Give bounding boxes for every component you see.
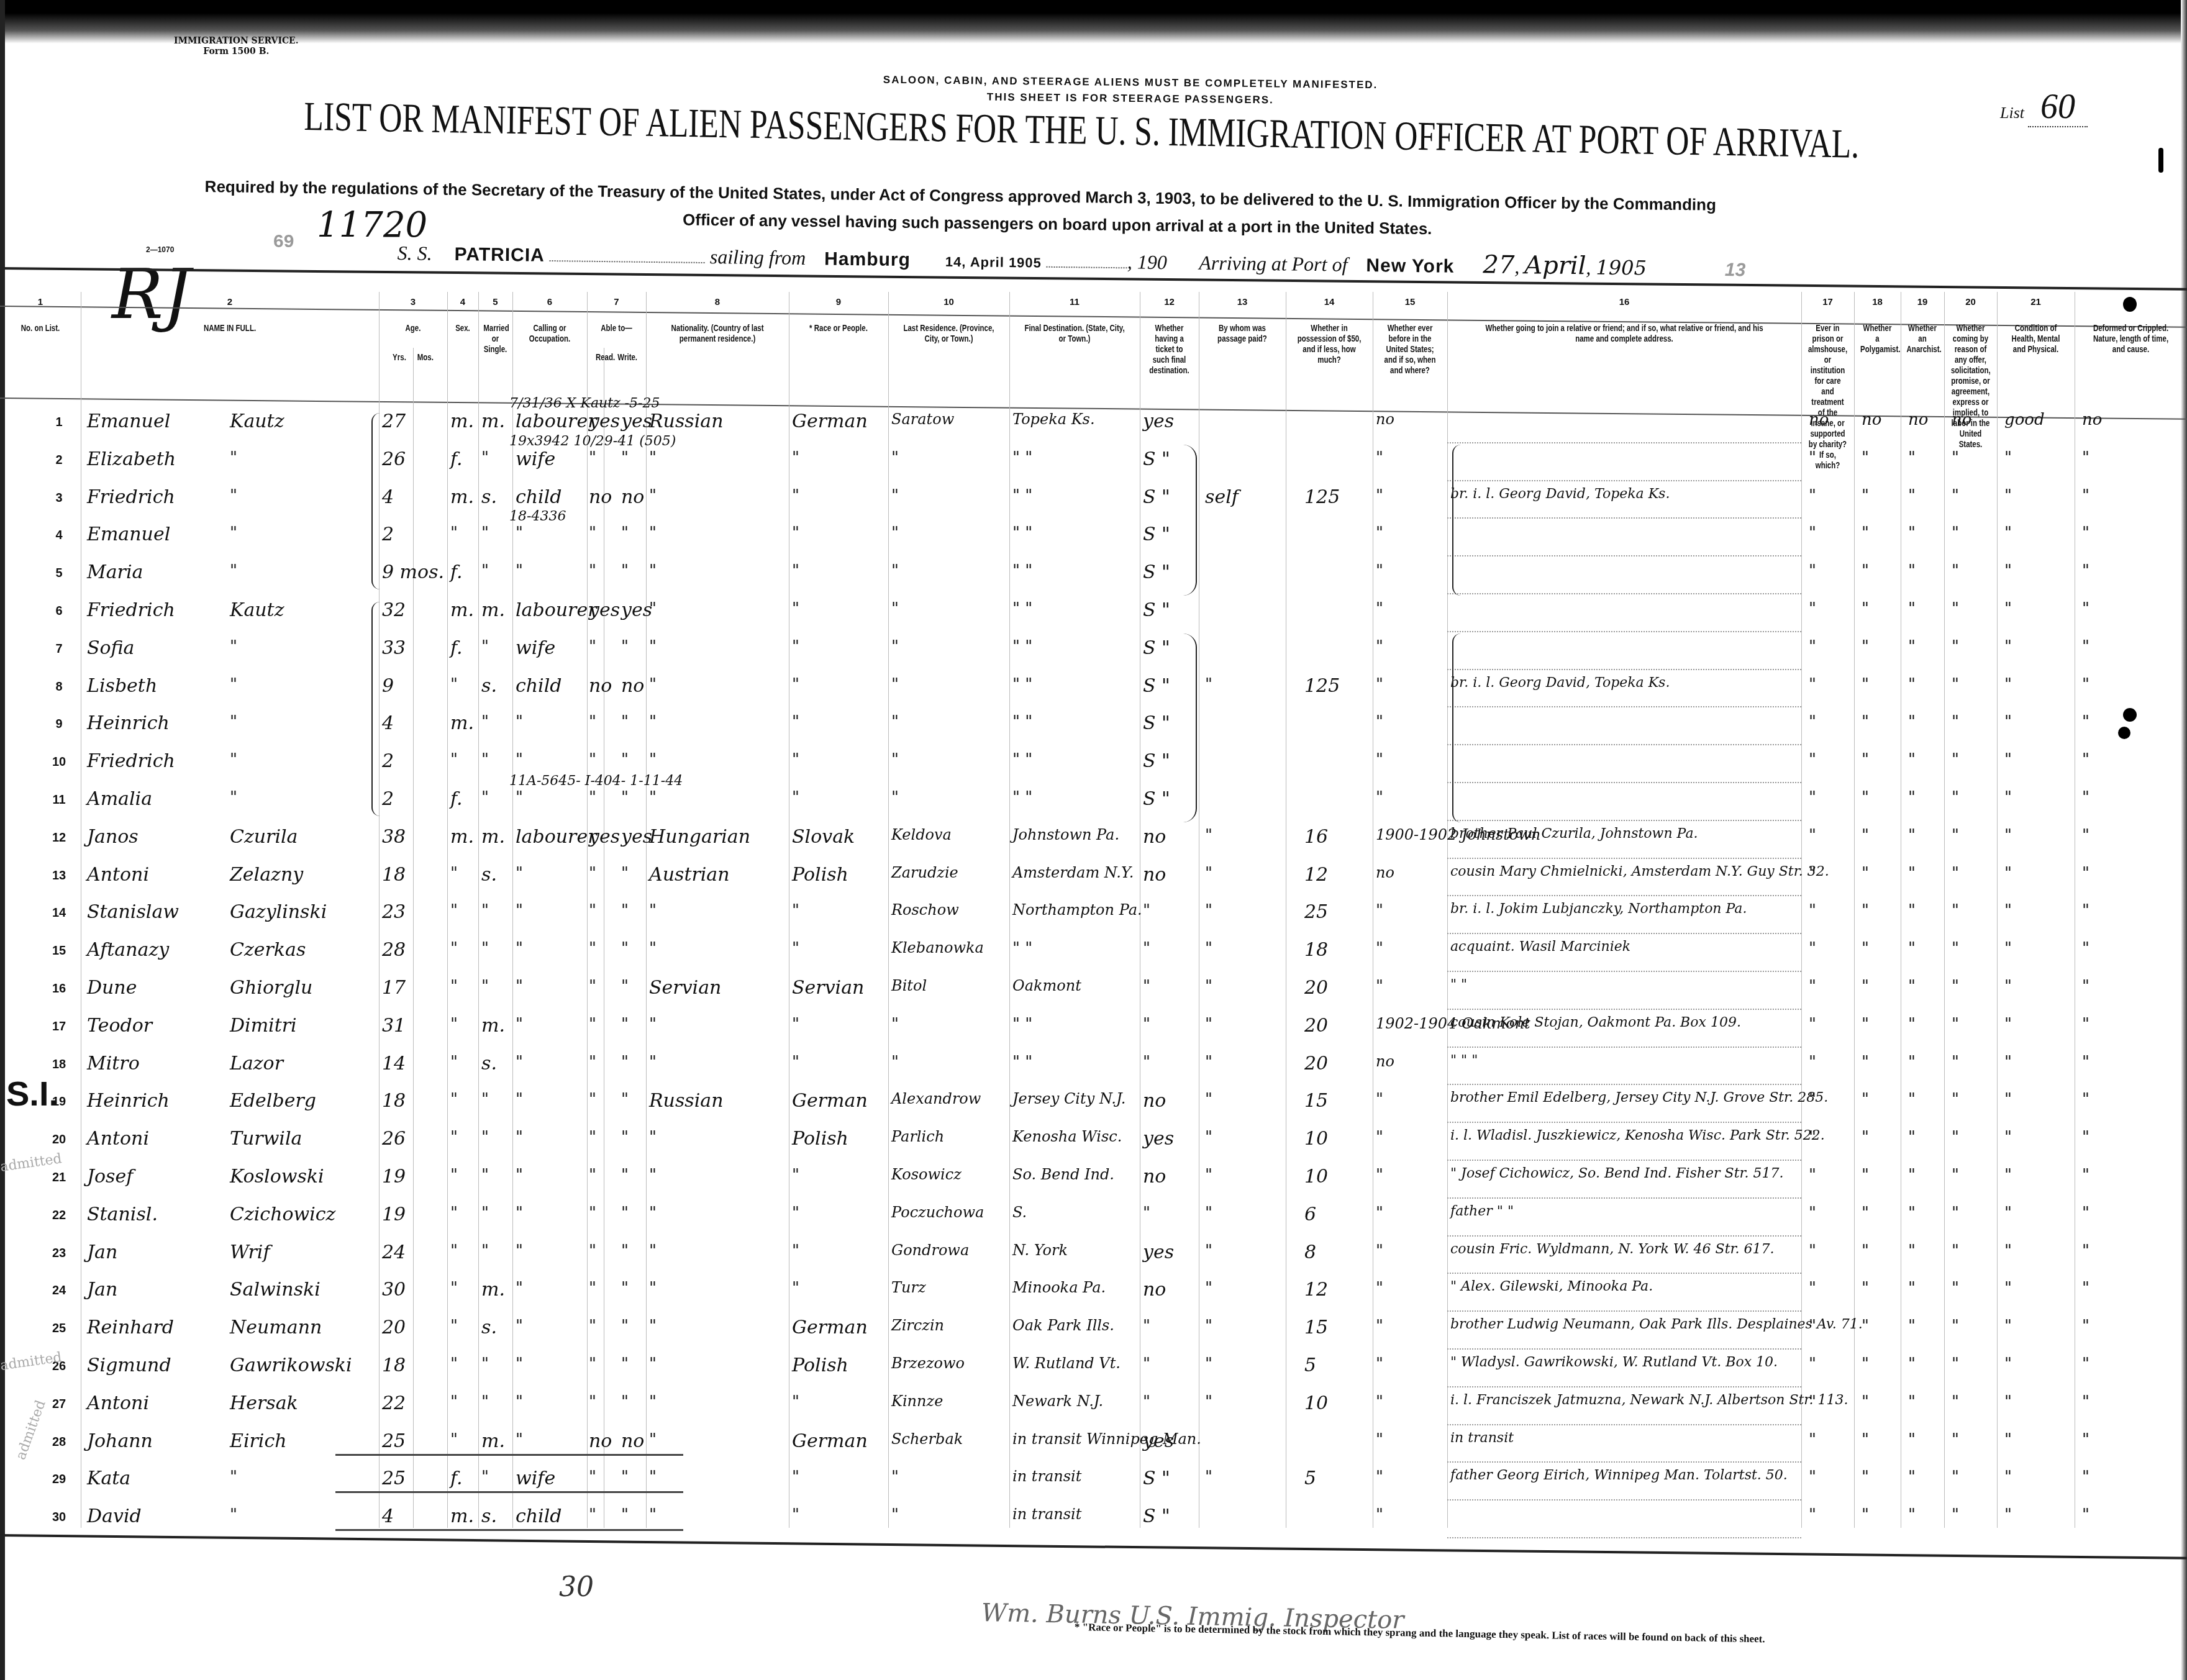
address-rule xyxy=(1447,782,1801,783)
previous-us-visit: " xyxy=(1376,561,1383,580)
row-number: 9 xyxy=(37,717,81,732)
printer-code: 2—1070 xyxy=(146,245,174,254)
nationality: " xyxy=(649,1053,657,1071)
address-rule xyxy=(1447,442,1801,443)
corner-initials: RJ xyxy=(112,255,191,334)
race: " xyxy=(792,1279,799,1297)
nationality: " xyxy=(649,637,657,656)
final-destination: " " xyxy=(1012,637,1032,656)
can-write: " xyxy=(621,1317,629,1335)
money-amount: 20 xyxy=(1304,977,1328,999)
age: 4 xyxy=(382,1505,394,1527)
passage-paid-by: " xyxy=(1205,901,1212,920)
question-answer-22: " xyxy=(2082,675,2089,694)
address-rule xyxy=(1447,1273,1801,1274)
column-heading-label: Whether an Anarchist. xyxy=(1907,323,1939,355)
surname: " xyxy=(230,486,237,505)
question-answer-21: " xyxy=(2004,1468,2012,1486)
sex: " xyxy=(450,1392,458,1411)
money-amount: 125 xyxy=(1304,486,1340,508)
column-divider xyxy=(1447,292,1448,1528)
ticket-status: S " xyxy=(1143,712,1170,734)
question-answer-22: " xyxy=(2082,1128,2089,1146)
can-write: " xyxy=(621,448,629,467)
ticket-status: yes xyxy=(1143,1128,1174,1150)
question-answer-21: " xyxy=(2004,788,2012,807)
passage-paid-by: " xyxy=(1205,1204,1212,1222)
question-answer-22: " xyxy=(2082,1430,2089,1449)
marital-status: m. xyxy=(481,411,505,432)
occupation: " xyxy=(516,1355,523,1373)
race: " xyxy=(792,1015,799,1033)
column-divider xyxy=(646,292,647,1528)
can-write: " xyxy=(621,1166,629,1184)
record-annotation: 18-4336 xyxy=(509,509,566,524)
occupation: " xyxy=(516,1015,523,1033)
occupation: " xyxy=(516,788,523,807)
sex: " xyxy=(450,1355,458,1373)
race: Servian xyxy=(792,977,864,999)
age: 19 xyxy=(382,1166,406,1187)
ticket-status: S " xyxy=(1143,788,1170,810)
nationality: " xyxy=(649,1166,657,1184)
can-read: yes xyxy=(589,599,620,621)
table-rule-bottom xyxy=(0,1534,2187,1560)
marital-status: m. xyxy=(481,1430,505,1452)
column-divider xyxy=(1997,292,1998,1528)
scan-right-edge xyxy=(2181,0,2187,1680)
column-divider xyxy=(512,292,513,1528)
column-heading-label: Condition of Health, Mental and Physical… xyxy=(2006,323,2066,355)
can-write: " xyxy=(621,977,629,996)
question-answer-19: " xyxy=(1908,864,1916,883)
final-destination: in transit xyxy=(1012,1505,1081,1523)
column-heading: Whether in possession of $50, and if les… xyxy=(1296,323,1363,365)
marital-status: m. xyxy=(481,1279,505,1301)
relative-address: father " " xyxy=(1450,1204,1514,1219)
question-answer-22: " xyxy=(2082,1242,2089,1260)
relative-address: " Josef Cichowicz, So. Bend Ind. Fisher … xyxy=(1450,1166,1784,1181)
can-write: " xyxy=(621,1204,629,1222)
last-residence: Scherbak xyxy=(891,1430,963,1448)
question-answer-21: " xyxy=(2004,901,2012,920)
race: Polish xyxy=(792,1128,848,1150)
age: 4 xyxy=(382,712,394,734)
question-answer-22: " xyxy=(2082,939,2089,958)
arriving-label: Arriving at Port of xyxy=(1199,252,1348,276)
nationality: " xyxy=(649,448,657,467)
scan-left-edge xyxy=(0,0,5,1680)
surname: Kautz xyxy=(230,599,284,621)
previous-us-visit: " xyxy=(1376,486,1383,505)
last-residence: Brzezowo xyxy=(891,1355,965,1372)
column-divider xyxy=(478,292,479,1528)
form-identifier: IMMIGRATION SERVICE. Form 1500 B. xyxy=(174,36,299,57)
question-answer-19: " xyxy=(1908,1317,1916,1335)
final-destination: " " xyxy=(1012,561,1032,580)
ticket-status: S " xyxy=(1143,448,1170,470)
question-answer-20: " xyxy=(1952,1166,1959,1184)
stamp-number: 69 xyxy=(273,231,294,252)
last-residence: Kinnze xyxy=(891,1392,943,1410)
race: " xyxy=(792,561,799,580)
address-rule xyxy=(1447,1424,1801,1425)
marital-status: " xyxy=(481,1242,489,1260)
column-divider xyxy=(587,292,588,1528)
occupation: wife xyxy=(516,448,555,470)
previous-us-visit: " xyxy=(1376,1317,1383,1335)
column-heading: Able to—Read.Write. xyxy=(594,323,639,363)
question-answer-20: " xyxy=(1952,448,1959,467)
question-answer-22: " xyxy=(2082,524,2089,542)
address-rule xyxy=(1447,820,1801,821)
column-heading-label: Final Destination. (State, City, or Town… xyxy=(1023,323,1126,344)
question-answer-19: " xyxy=(1908,1505,1916,1524)
final-destination: So. Bend Ind. xyxy=(1012,1166,1114,1183)
can-read: " xyxy=(589,788,596,807)
column-heading: * Race or People. xyxy=(800,323,878,334)
occupation: " xyxy=(516,524,523,542)
family-bracket xyxy=(1183,633,1197,822)
question-answer-19: " xyxy=(1908,599,1916,618)
column-number: 15 xyxy=(1373,297,1447,307)
list-number: 60 xyxy=(2028,88,2088,127)
final-destination: in transit xyxy=(1012,1468,1081,1485)
can-write: " xyxy=(621,1090,629,1109)
race: Slovak xyxy=(792,826,855,848)
column-heading-label: Whether coming by reason of any offer, s… xyxy=(1951,323,1990,450)
surname: Zelazny xyxy=(230,864,303,886)
marital-status: s. xyxy=(481,864,497,886)
column-divider xyxy=(1901,292,1901,1528)
question-answer-21: " xyxy=(2004,448,2012,467)
question-answer-20: " xyxy=(1952,1128,1959,1146)
nationality: " xyxy=(649,1015,657,1033)
question-answer-21: " xyxy=(2004,599,2012,618)
question-answer-17: " xyxy=(1809,1242,1816,1260)
relative-address: in transit xyxy=(1450,1430,1514,1446)
previous-us-visit: " xyxy=(1376,1242,1383,1260)
age: 23 xyxy=(382,901,406,923)
marital-status: " xyxy=(481,561,489,580)
question-answer-20: " xyxy=(1952,1468,1959,1486)
age: 18 xyxy=(382,1090,406,1112)
row-number: 14 xyxy=(37,906,81,920)
column-divider xyxy=(888,292,889,1528)
nationality: " xyxy=(649,486,657,505)
given-name: Antoni xyxy=(87,1392,149,1414)
ticket-status: no xyxy=(1143,1166,1166,1187)
column-heading: No. on List. xyxy=(9,323,71,334)
last-residence: Parlich xyxy=(891,1128,944,1145)
question-answer-22: " xyxy=(2082,826,2089,845)
question-answer-17: " xyxy=(1809,1128,1816,1146)
arrival-port: New York xyxy=(1366,255,1454,277)
question-answer-17: " xyxy=(1809,1392,1816,1411)
question-answer-20: " xyxy=(1952,561,1959,580)
question-answer-18: " xyxy=(1862,599,1869,618)
question-answer-18: " xyxy=(1862,901,1869,920)
given-name: Friedrich xyxy=(87,486,175,508)
question-answer-19: " xyxy=(1908,939,1916,958)
passage-paid-by: " xyxy=(1205,675,1212,694)
row-number: 21 xyxy=(37,1171,81,1185)
question-answer-17: " xyxy=(1809,675,1816,694)
given-name: Josef xyxy=(87,1166,133,1187)
column-number: 5 xyxy=(478,297,512,307)
ticket-status: no xyxy=(1143,1279,1166,1301)
row-number: 28 xyxy=(37,1435,81,1450)
can-read: no xyxy=(589,1430,612,1452)
money-amount: 25 xyxy=(1304,901,1328,923)
question-answer-17: " xyxy=(1809,1166,1816,1184)
subcolumn-divider xyxy=(413,348,414,1528)
given-name: Friedrich xyxy=(87,750,175,772)
question-answer-20: " xyxy=(1952,1317,1959,1335)
passage-paid-by: " xyxy=(1205,1355,1212,1373)
question-answer-18: " xyxy=(1862,712,1869,731)
question-answer-19: " xyxy=(1908,1053,1916,1071)
occupation: " xyxy=(516,1053,523,1071)
last-residence: Klebanowka xyxy=(891,939,984,956)
given-name: Amalia xyxy=(87,788,152,810)
nationality: " xyxy=(649,1317,657,1335)
column-heading: Last Residence. (Province, City, or Town… xyxy=(901,323,996,344)
marital-status: " xyxy=(481,977,489,996)
passage-paid-by: " xyxy=(1205,1166,1212,1184)
sex: f. xyxy=(450,1468,463,1489)
can-read: " xyxy=(589,1242,596,1260)
sex: " xyxy=(450,1204,458,1222)
can-read: " xyxy=(589,901,596,920)
ticket-status: " xyxy=(1143,1392,1150,1411)
last-residence: " xyxy=(891,561,899,580)
passage-paid-by: " xyxy=(1205,1317,1212,1335)
column-divider xyxy=(1199,292,1199,1528)
question-answer-18: " xyxy=(1862,826,1869,845)
column-divider xyxy=(447,292,448,1528)
column-heading: By whom was passage paid? xyxy=(1209,323,1276,344)
occupation: child xyxy=(516,675,562,697)
last-residence: Turz xyxy=(891,1279,926,1296)
sex: " xyxy=(450,1090,458,1109)
previous-us-visit: " xyxy=(1376,712,1383,731)
marital-status: " xyxy=(481,1128,489,1146)
tally-mark: 30 xyxy=(559,1571,594,1603)
nationality: " xyxy=(649,939,657,958)
address-rule xyxy=(1447,1235,1801,1237)
given-name: Friedrich xyxy=(87,599,175,621)
address-rule xyxy=(1447,895,1801,896)
question-answer-18: " xyxy=(1862,750,1869,769)
column-heading-label: NAME IN FULL. xyxy=(109,323,350,334)
column-heading-label: By whom was passage paid? xyxy=(1209,323,1276,344)
occupation: " xyxy=(516,712,523,731)
money-amount: 20 xyxy=(1304,1053,1328,1074)
sex: " xyxy=(450,1053,458,1071)
previous-us-visit: " xyxy=(1376,1090,1383,1109)
question-answer-22: " xyxy=(2082,750,2089,769)
question-answer-22: " xyxy=(2082,1392,2089,1411)
column-heading-label: Able to— xyxy=(594,323,639,334)
given-name: Emanuel xyxy=(87,524,170,545)
column-number: 9 xyxy=(789,297,888,307)
age: 32 xyxy=(382,599,406,621)
last-residence: " xyxy=(891,1053,899,1071)
final-destination: Johnstown Pa. xyxy=(1012,826,1119,843)
previous-us-visit: " xyxy=(1376,1505,1383,1524)
surname: " xyxy=(230,750,237,769)
question-answer-17: " xyxy=(1809,561,1816,580)
given-name: Aftanazy xyxy=(87,939,169,961)
relative-address: brother Paul Czurila, Johnstown Pa. xyxy=(1450,826,1698,842)
column-number: 4 xyxy=(447,297,478,307)
question-answer-21: " xyxy=(2004,1204,2012,1222)
question-answer-18: " xyxy=(1862,788,1869,807)
race: German xyxy=(792,1430,868,1452)
question-answer-18: " xyxy=(1862,1430,1869,1449)
question-answer-21: good xyxy=(2004,411,2045,429)
column-number: 1 xyxy=(0,297,81,307)
can-write: yes xyxy=(621,826,652,848)
age: 17 xyxy=(382,977,406,999)
given-name: Kata xyxy=(87,1468,130,1489)
address-rule xyxy=(1447,517,1801,519)
final-destination: " " xyxy=(1012,675,1032,694)
question-answer-19: " xyxy=(1908,675,1916,694)
question-answer-18: " xyxy=(1862,977,1869,996)
occupation: wife xyxy=(516,1468,555,1489)
money-amount: 10 xyxy=(1304,1128,1328,1150)
question-answer-20: " xyxy=(1952,1053,1959,1071)
surname: " xyxy=(230,1468,237,1486)
question-answer-20: " xyxy=(1952,1242,1959,1260)
agency-label: IMMIGRATION SERVICE. xyxy=(174,36,299,47)
question-answer-21: " xyxy=(2004,675,2012,694)
sex: " xyxy=(450,1279,458,1297)
nationality: Servian xyxy=(649,977,721,999)
column-heading-label: Last Residence. (Province, City, or Town… xyxy=(901,323,996,344)
question-answer-18: " xyxy=(1862,1128,1869,1146)
ticket-status: " xyxy=(1143,1355,1150,1373)
ink-blot xyxy=(2123,297,2137,312)
can-write: no xyxy=(621,675,644,697)
occupation: " xyxy=(516,1242,523,1260)
can-read: " xyxy=(589,1090,596,1109)
family-bracket xyxy=(1452,633,1461,822)
relative-address: cousin Mary Chmielnicki, Amsterdam N.Y. … xyxy=(1450,864,1829,879)
final-destination: " " xyxy=(1012,448,1032,467)
surname: Hersak xyxy=(230,1392,298,1414)
question-answer-22: " xyxy=(2082,1090,2089,1109)
question-answer-19: " xyxy=(1908,750,1916,769)
occupation: " xyxy=(516,901,523,920)
given-name: Elizabeth xyxy=(87,448,176,470)
previous-us-visit: " xyxy=(1376,448,1383,467)
previous-us-visit: " xyxy=(1376,977,1383,996)
final-destination: S. xyxy=(1012,1204,1027,1221)
previous-us-visit: no xyxy=(1376,864,1394,881)
arrival-day: 27 xyxy=(1483,250,1514,279)
previous-us-visit: " xyxy=(1376,599,1383,618)
last-residence: Poczuchowa xyxy=(891,1204,984,1221)
question-answer-21: " xyxy=(2004,1392,2012,1411)
last-residence: Zirczin xyxy=(891,1317,944,1334)
column-number: 21 xyxy=(1997,297,2075,307)
ticket-status: " xyxy=(1143,939,1150,958)
question-answer-22: " xyxy=(2082,1317,2089,1335)
question-answer-18: " xyxy=(1862,939,1869,958)
surname: Koslowski xyxy=(230,1166,324,1187)
record-annotation: 11A-5645- I-404- 1-11-44 xyxy=(509,773,683,789)
final-destination: " " xyxy=(1012,1015,1032,1033)
ticket-status: S " xyxy=(1143,599,1170,621)
question-answer-18: " xyxy=(1862,1015,1869,1033)
sex: " xyxy=(450,901,458,920)
race: " xyxy=(792,637,799,656)
row-number: 25 xyxy=(37,1322,81,1336)
money-amount: 8 xyxy=(1304,1242,1316,1263)
marital-status: " xyxy=(481,637,489,656)
question-answer-22: " xyxy=(2082,1505,2089,1524)
race: " xyxy=(792,939,799,958)
can-write: " xyxy=(621,637,629,656)
passage-paid-by: " xyxy=(1205,1090,1212,1109)
ticket-status: no xyxy=(1143,826,1166,848)
column-subheading: Mos. xyxy=(417,352,434,363)
can-write: " xyxy=(621,1355,629,1373)
race: German xyxy=(792,411,868,432)
given-name: Stanislaw xyxy=(87,901,179,923)
ticket-status: S " xyxy=(1143,1468,1170,1489)
can-read: " xyxy=(589,1468,596,1486)
question-answer-18: " xyxy=(1862,675,1869,694)
surname: Dimitri xyxy=(230,1015,297,1037)
can-write: yes xyxy=(621,411,652,432)
sex: " xyxy=(450,939,458,958)
question-answer-21: " xyxy=(2004,1128,2012,1146)
column-heading: Whether coming by reason of any offer, s… xyxy=(1951,323,1990,450)
age: 9 xyxy=(382,675,394,697)
surname: Turwila xyxy=(230,1128,302,1150)
question-answer-22: " xyxy=(2082,1468,2089,1486)
given-name: Heinrich xyxy=(87,712,170,734)
question-answer-19: " xyxy=(1908,1355,1916,1373)
strikethrough-line xyxy=(335,1491,683,1493)
race: " xyxy=(792,901,799,920)
ticket-status: S " xyxy=(1143,1505,1170,1527)
surname: Edelberg xyxy=(230,1090,316,1112)
can-write: " xyxy=(621,1053,629,1071)
marital-status: " xyxy=(481,788,489,807)
occupation: " xyxy=(516,864,523,883)
question-answer-17: " xyxy=(1809,977,1816,996)
sex: " xyxy=(450,1128,458,1146)
question-answer-20: no xyxy=(1952,411,1971,429)
race: German xyxy=(792,1317,868,1338)
can-write: " xyxy=(621,788,629,807)
can-write: no xyxy=(621,1430,644,1452)
sailing-port: Hamburg xyxy=(824,248,911,270)
race: " xyxy=(792,1204,799,1222)
marital-status: " xyxy=(481,524,489,542)
question-answer-19: " xyxy=(1908,1128,1916,1146)
column-number: 16 xyxy=(1447,297,1801,307)
age: 22 xyxy=(382,1392,406,1414)
question-answer-22: " xyxy=(2082,864,2089,883)
last-residence: " xyxy=(891,599,899,618)
arrival-month: April xyxy=(1524,251,1586,280)
